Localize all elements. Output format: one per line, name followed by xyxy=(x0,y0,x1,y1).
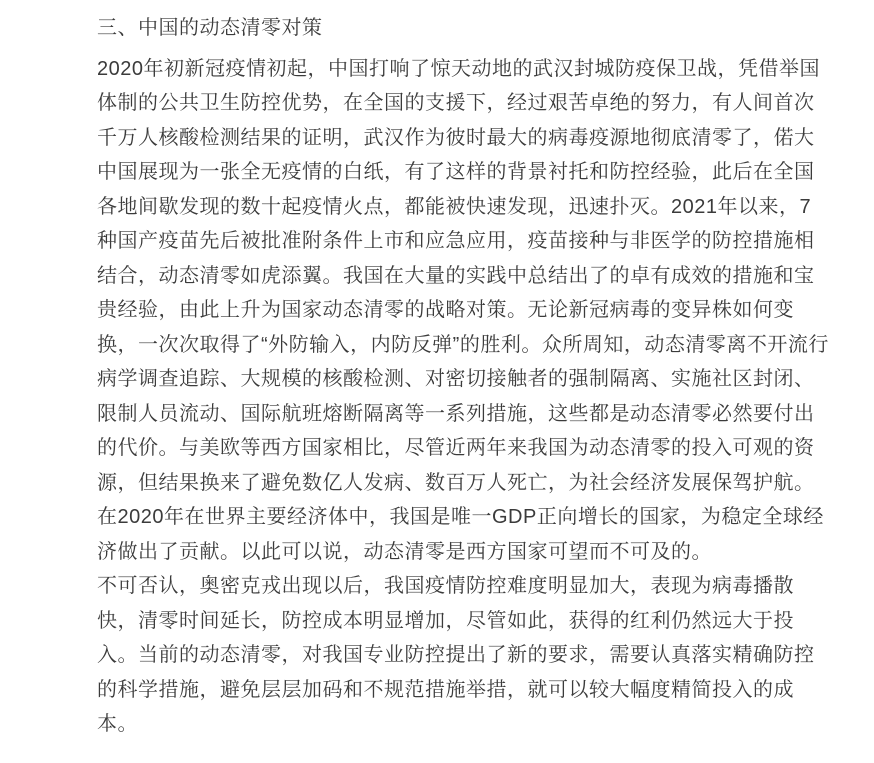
text-line: 在2020年在世界主要经济体中，我国是唯一GDP正向增长的国家，为稳定全球经 xyxy=(97,500,814,535)
text-line: 千万人核酸检测结果的证明，武汉作为彼时最大的病毒疫源地彻底清零了，偌大 xyxy=(97,121,814,156)
text-line: 各地间歇发现的数十起疫情火点，都能被快速发现，迅速扑灭。2021年以来，7 xyxy=(97,190,814,225)
text-line: 快，清零时间延长，防控成本明显增加，尽管如此，获得的红利仍然远大于投 xyxy=(97,604,814,639)
document-heading: 三、中国的动态清零对策 xyxy=(97,11,814,46)
document: 三、中国的动态清零对策 2020年初新冠疫情初起，中国打响了惊天动地的武汉封城防… xyxy=(0,0,874,742)
text-line: 的科学措施，避免层层加码和不规范措施举措，就可以较大幅度精简投入的成 xyxy=(97,673,814,708)
document-body: 2020年初新冠疫情初起，中国打响了惊天动地的武汉封城防疫保卫战，凭借举国体制的… xyxy=(97,52,814,742)
text-line: 中国展现为一张全无疫情的白纸，有了这样的背景衬托和防控经验，此后在全国 xyxy=(97,155,814,190)
text-line: 不可否认，奥密克戎出现以后，我国疫情防控难度明显加大，表现为病毒播散 xyxy=(97,569,814,604)
text-line: 2020年初新冠疫情初起，中国打响了惊天动地的武汉封城防疫保卫战，凭借举国 xyxy=(97,52,814,87)
text-line: 入。当前的动态清零，对我国专业防控提出了新的要求，需要认真落实精确防控 xyxy=(97,638,814,673)
text-line: 的代价。与美欧等西方国家相比，尽管近两年来我国为动态清零的投入可观的资 xyxy=(97,431,814,466)
text-line: 贵经验，由此上升为国家动态清零的战略对策。无论新冠病毒的变异株如何变 xyxy=(97,293,814,328)
text-line: 本。 xyxy=(97,707,814,742)
text-line: 结合，动态清零如虎添翼。我国在大量的实践中总结出了的卓有成效的措施和宝 xyxy=(97,259,814,294)
paragraph: 不可否认，奥密克戎出现以后，我国疫情防控难度明显加大，表现为病毒播散快，清零时间… xyxy=(97,569,814,742)
text-line: 种国产疫苗先后被批准附条件上市和应急应用，疫苗接种与非医学的防控措施相 xyxy=(97,224,814,259)
text-line: 体制的公共卫生防控优势，在全国的支援下，经过艰苦卓绝的努力，有人间首次 xyxy=(97,86,814,121)
text-line: 换，一次次取得了“外防输入，内防反弹”的胜利。众所周知，动态清零离不开流行 xyxy=(97,328,814,363)
text-line: 病学调查追踪、大规模的核酸检测、对密切接触者的强制隔离、实施社区封闭、 xyxy=(97,362,814,397)
text-line: 济做出了贡献。以此可以说，动态清零是西方国家可望而不可及的。 xyxy=(97,535,814,570)
paragraph: 2020年初新冠疫情初起，中国打响了惊天动地的武汉封城防疫保卫战，凭借举国体制的… xyxy=(97,52,814,570)
text-line: 源，但结果换来了避免数亿人发病、数百万人死亡，为社会经济发展保驾护航。 xyxy=(97,466,814,501)
text-line: 限制人员流动、国际航班熔断隔离等一系列措施，这些都是动态清零必然要付出 xyxy=(97,397,814,432)
